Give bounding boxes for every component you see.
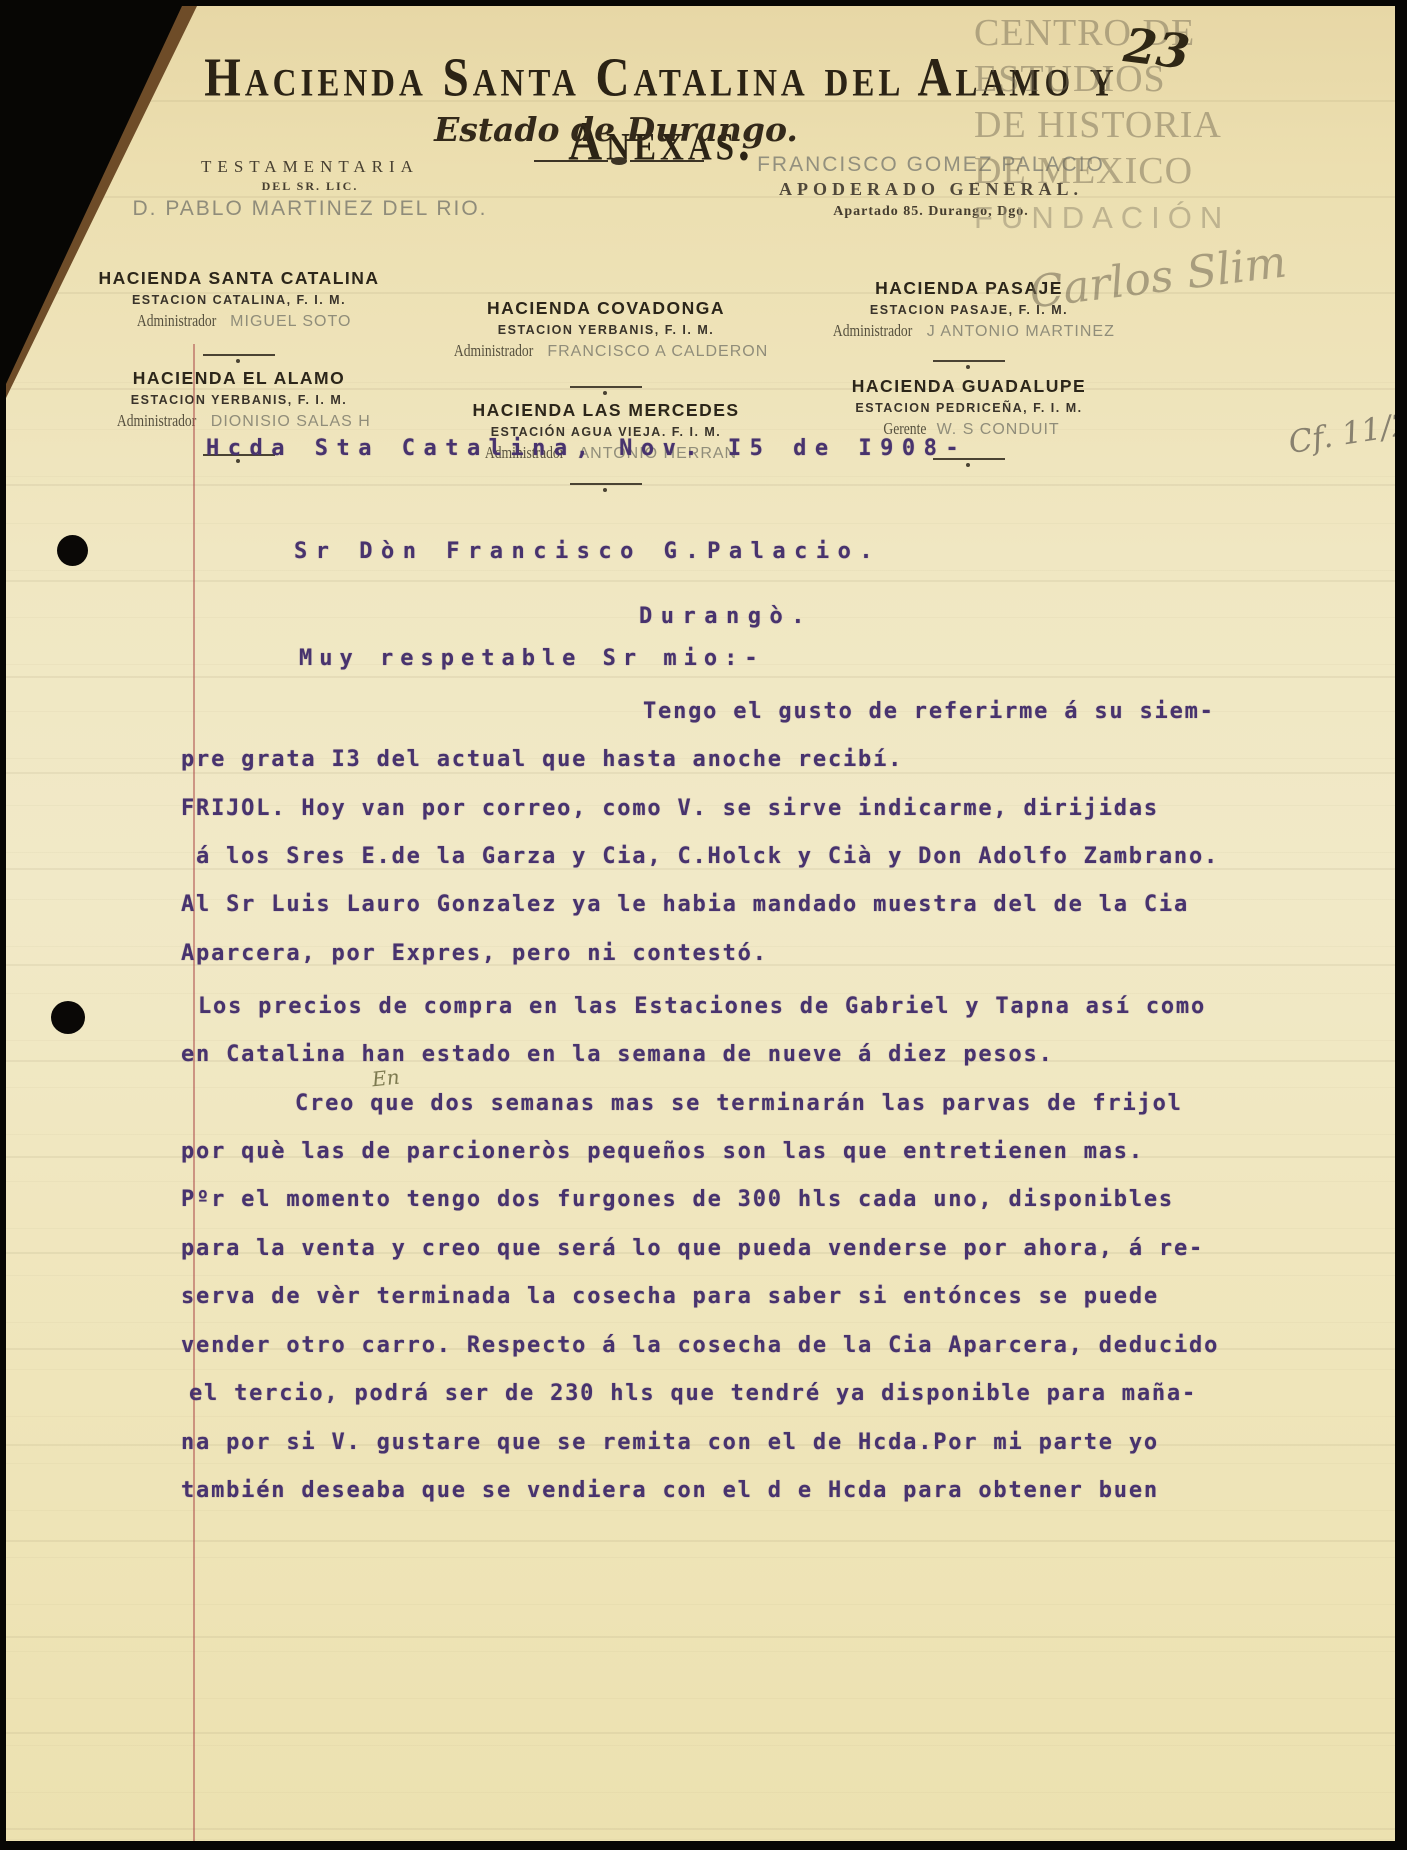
hacienda-role: Administrador (833, 321, 912, 341)
hacienda-pasaje: HACIENDA PASAJE ESTACION PASAJE, F. I. M… (794, 278, 1144, 341)
letter-salutation: Muy respetable Sr mio:- (299, 646, 765, 671)
hacienda-name: HACIENDA LAS MERCEDES (431, 400, 781, 421)
hacienda-station: ESTACION PASAJE, F. I. M. (794, 303, 1144, 317)
letter-line: el tercio, podrá ser de 230 hls que tend… (189, 1381, 1197, 1406)
letter-line: vender otro carro. Respecto á la cosecha… (181, 1333, 1219, 1358)
handwritten-ref-note: Cf. 11/22 (1286, 403, 1407, 461)
handwritten-page-number: 23 (1121, 18, 1193, 81)
hacienda-manager: MIGUEL SOTO (230, 313, 351, 330)
letter-city: Durangò. (639, 604, 813, 629)
testamentaria-heading: TESTAMENTARIA (124, 157, 496, 177)
hacienda-role: Administrador (117, 411, 196, 431)
hacienda-separator (203, 354, 275, 356)
agent-name: FRANCISCO GOMEZ PALACIO (746, 153, 1116, 177)
agent-title: APODERADO GENERAL. (746, 179, 1116, 200)
testamentaria-name: D. PABLO MARTINEZ DEL RIO. (124, 197, 496, 221)
hacienda-role: Administrador (454, 341, 533, 361)
hacienda-manager: J ANTONIO MARTINEZ (927, 323, 1115, 340)
punch-hole (51, 1001, 85, 1034)
letter-line: Creo que dos semanas mas se terminarán l… (295, 1091, 1183, 1116)
hacienda-name: HACIENDA GUADALUPE (794, 376, 1144, 397)
testamentaria-subheading: DEL SR. LIC. (124, 179, 496, 194)
scanned-letter-page: Hacienda Santa Catalina del Alamo y Anex… (0, 0, 1407, 1850)
letter-dateline: Hcda Sta Catalina, Nov. I5 de I908- (206, 436, 967, 461)
letter-paper: Hacienda Santa Catalina del Alamo y Anex… (6, 6, 1395, 1841)
hacienda-el-alamo: HACIENDA EL ALAMO ESTACION YERBANIS, F. … (64, 368, 414, 431)
letter-line: Aparcera, por Expres, pero ni contestó. (181, 941, 768, 966)
letter-line: por què las de parcioneròs pequeños son … (181, 1139, 1144, 1164)
letter-line: FRIJOL. Hoy van por correo, como V. se s… (181, 796, 1159, 821)
letter-line: serva de vèr terminada la cosecha para s… (181, 1284, 1159, 1309)
hacienda-manager: DIONISIO SALAS H (211, 413, 371, 430)
letter-line: para la venta y creo que será lo que pue… (181, 1236, 1204, 1261)
hacienda-manager: FRANCISCO A CALDERON (547, 343, 768, 360)
hacienda-name: HACIENDA PASAJE (794, 278, 1144, 299)
punch-hole (57, 535, 88, 566)
letter-line: Tengo el gusto de referirme á su siem- (643, 699, 1215, 724)
letter-line: en Catalina han estado en la semana de n… (181, 1042, 1054, 1067)
letter-line: Los precios de compra en las Estaciones … (198, 994, 1206, 1019)
letterhead-region: Estado de Durango. (306, 110, 926, 149)
hacienda-name: HACIENDA SANTA CATALINA (64, 268, 414, 289)
hacienda-santa-catalina: HACIENDA SANTA CATALINA ESTACION CATALIN… (64, 268, 414, 331)
hacienda-station: ESTACION YERBANIS, F. I. M. (431, 323, 781, 337)
red-margin-line (193, 344, 195, 1849)
letter-line: á los Sres E.de la Garza y Cia, C.Holck … (196, 844, 1219, 869)
ornament-bar-right (630, 160, 704, 162)
letter-line: pre grata I3 del actual que hasta anoche… (181, 747, 903, 772)
hacienda-separator (570, 483, 642, 485)
letter-recipient: Sr Dòn Francisco G.Palacio. (294, 539, 881, 564)
hacienda-role: Administrador (136, 311, 215, 331)
hacienda-station: ESTACION YERBANIS, F. I. M. (64, 393, 414, 407)
letter-line: Pºr el momento tengo dos furgones de 300… (181, 1187, 1174, 1212)
handwritten-insertion: En (371, 1065, 401, 1092)
letter-line: Al Sr Luis Lauro Gonzalez ya le habia ma… (181, 892, 1189, 917)
ornament-bar-left (534, 160, 608, 162)
hacienda-separator (933, 360, 1005, 362)
hacienda-station: ESTACION PEDRICEÑA, F. I. M. (794, 401, 1144, 415)
hacienda-station: ESTACION CATALINA, F. I. M. (64, 293, 414, 307)
hacienda-separator (570, 386, 642, 388)
hacienda-covadonga: HACIENDA COVADONGA ESTACION YERBANIS, F.… (431, 298, 781, 361)
hacienda-name: HACIENDA COVADONGA (431, 298, 781, 319)
agent-block: FRANCISCO GOMEZ PALACIO APODERADO GENERA… (746, 153, 1116, 220)
ornament-rule (534, 157, 704, 165)
letter-line: na por si V. gustare que se remita con e… (181, 1430, 1159, 1455)
testamentaria-block: TESTAMENTARIA DEL SR. LIC. D. PABLO MART… (124, 157, 496, 221)
ornament-diamond (611, 157, 627, 165)
letter-line: también deseaba que se vendiera con el d… (181, 1478, 1159, 1503)
hacienda-guadalupe: HACIENDA GUADALUPE ESTACION PEDRICEÑA, F… (794, 376, 1144, 439)
hacienda-name: HACIENDA EL ALAMO (64, 368, 414, 389)
agent-address: Apartado 85. Durango, Dgo. (746, 204, 1116, 220)
